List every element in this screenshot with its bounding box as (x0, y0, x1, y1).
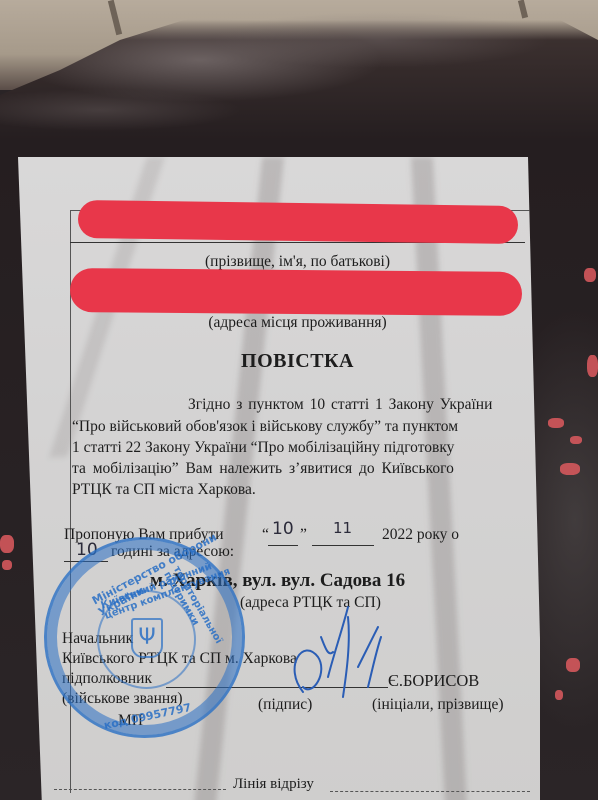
body-line: 1 статті 22 Закону України “Про мобіліза… (72, 440, 454, 456)
name-caption: (прізвище, ім'я, по батькові) (70, 254, 525, 270)
day-underline (268, 545, 298, 546)
signatory-name: Є.БОРИСОВ (388, 673, 479, 690)
body-line: та мобілізацію” Вам належить з’явитися д… (72, 461, 454, 477)
signature-scribble (273, 597, 393, 707)
cut-line-label: Лінія відрізу (233, 777, 314, 792)
background-confetti (0, 535, 14, 553)
background-confetti (587, 355, 598, 377)
background-confetti (584, 268, 596, 282)
address-caption: (адреса місця проживання) (70, 315, 525, 331)
body-line: Згідно з пунктом 10 статті 1 Закону Укра… (188, 397, 492, 413)
summons-paper: (прізвище, ім'я, по батькові) (адреса мі… (18, 157, 540, 800)
appointment-year: 2022 року о (382, 527, 459, 543)
official-stamp: Ψ Міністерство оборони України Київський… (44, 537, 245, 738)
cut-line-right (330, 791, 530, 792)
appointment-month: 11 (333, 519, 352, 537)
redaction-name (78, 200, 518, 244)
appointment-day: 10 (272, 519, 294, 539)
background-confetti (2, 560, 12, 570)
redaction-address (70, 268, 522, 316)
trident-emblem-icon: Ψ (131, 618, 163, 658)
background-confetti (566, 658, 580, 672)
document-content: (прізвище, ім'я, по батькові) (адреса мі… (18, 157, 540, 800)
month-underline (312, 545, 374, 546)
body-line: РТЦК та СП міста Харкова. (72, 482, 256, 498)
background-confetti (555, 690, 563, 700)
stamp-code: код 09957797 (103, 701, 193, 732)
background-confetti (570, 436, 582, 444)
body-line: “Про військовий обов'язок і військову сл… (72, 419, 458, 435)
document-title: ПОВІСТКА (70, 351, 525, 371)
background-confetti (548, 418, 564, 428)
quote-close: ” (300, 527, 307, 543)
quote-open: “ (262, 527, 269, 543)
background-confetti (560, 463, 580, 475)
cut-line-left (54, 789, 226, 790)
